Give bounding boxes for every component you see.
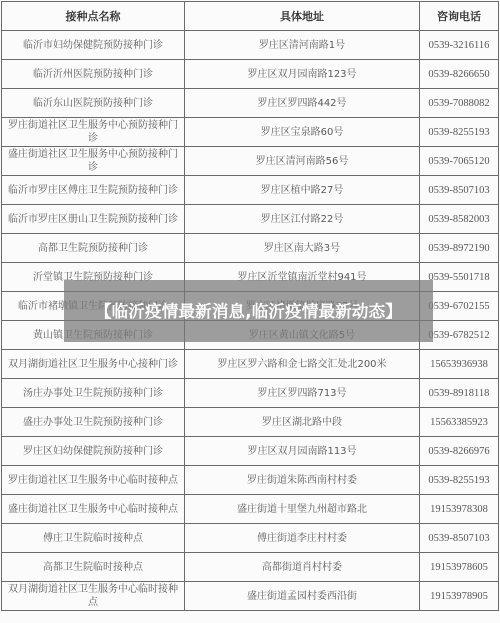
site-name-cell: 临沂沂州医院预防接种门诊: [2, 60, 185, 89]
table-header-row: 接种点名称 具体地址 咨询电话: [2, 2, 499, 31]
address-cell: 罗庄区罗四路713号: [185, 379, 420, 408]
phone-cell: 0539-7065120: [420, 147, 499, 176]
site-name-cell: 罗庄街道社区卫生服务中心临时接种点: [2, 466, 185, 495]
phone-cell: 19153978605: [420, 553, 499, 582]
article-title: 【临沂疫情最新消息,临沂疫情最新动态】: [69, 301, 429, 322]
table-row: 高都卫生院预防接种门诊罗庄区南大路3号0539-8972190: [2, 234, 499, 263]
table-row: 盛庄办事处卫生院预防接种门诊罗庄区湖北路中段15563385923: [2, 408, 499, 437]
site-name-cell: 罗庄街道社区卫生服务中心预防接种门诊: [2, 118, 185, 147]
table-row: 双月湖街道社区卫生服务中心临时接种点盛庄街道孟园村委西沿街19153978905: [2, 582, 499, 611]
address-cell: 高都街道肖村村委: [185, 553, 420, 582]
address-cell: 罗庄区双月园南路113号: [185, 437, 420, 466]
header-address: 具体地址: [185, 2, 420, 31]
address-cell: 傅庄街道李庄村村委: [185, 524, 420, 553]
site-name-cell: 高都卫生院临时接种点: [2, 553, 185, 582]
site-name-cell: 汤庄办事处卫生院预防接种门诊: [2, 379, 185, 408]
table-row: 罗庄区妇幼保健院预防接种门诊罗庄区双月园南路113号0539-8266976: [2, 437, 499, 466]
table-row: 盛庄街道社区卫生服务中心临时接种点盛庄街道十里堡九州超市路北1915397830…: [2, 495, 499, 524]
phone-cell: 0539-8507103: [420, 524, 499, 553]
site-name-cell: 高都卫生院预防接种门诊: [2, 234, 185, 263]
phone-cell: 0539-8582003: [420, 205, 499, 234]
site-name-cell: 盛庄街道社区卫生服务中心预防接种门诊: [2, 147, 185, 176]
address-cell: 罗庄区清河南路1号: [185, 31, 420, 60]
table-row: 临沂市罗庄区傅庄卫生院预防接种门诊罗庄区植中路27号0539-8507103: [2, 176, 499, 205]
table-row: 罗庄街道社区卫生服务中心预防接种门诊罗庄区宝泉路60号0539-8255193: [2, 118, 499, 147]
phone-cell: 0539-3216116: [420, 31, 499, 60]
phone-cell: 0539-8918118: [420, 379, 499, 408]
phone-cell: 19153978308: [420, 495, 499, 524]
phone-cell: 0539-8507103: [420, 176, 499, 205]
table-row: 盛庄街道社区卫生服务中心预防接种门诊罗庄区清河南路56号0539-7065120: [2, 147, 499, 176]
table-row: 汤庄办事处卫生院预防接种门诊罗庄区罗四路713号0539-8918118: [2, 379, 499, 408]
address-cell: 罗庄区双月园南路123号: [185, 60, 420, 89]
phone-cell: 0539-8972190: [420, 234, 499, 263]
address-cell: 罗庄区江付路22号: [185, 205, 420, 234]
address-cell: 罗庄区南大路3号: [185, 234, 420, 263]
site-name-cell: 罗庄区妇幼保健院预防接种门诊: [2, 437, 185, 466]
site-name-cell: 临沂市罗庄区册山卫生院预防接种门诊: [2, 205, 185, 234]
site-name-cell: 盛庄办事处卫生院预防接种门诊: [2, 408, 185, 437]
table-row: 傅庄卫生院临时接种点傅庄街道李庄村村委0539-8507103: [2, 524, 499, 553]
site-name-cell: 临沂市妇幼保健院预防接种门诊: [2, 31, 185, 60]
address-cell: 罗庄区宝泉路60号: [185, 118, 420, 147]
phone-cell: 0539-8255193: [420, 118, 499, 147]
phone-cell: 0539-8266976: [420, 437, 499, 466]
table-row: 高都卫生院临时接种点高都街道肖村村委19153978605: [2, 553, 499, 582]
table-row: 临沂沂州医院预防接种门诊罗庄区双月园南路123号0539-8266650: [2, 60, 499, 89]
header-phone: 咨询电话: [420, 2, 499, 31]
site-name-cell: 临沂市罗庄区傅庄卫生院预防接种门诊: [2, 176, 185, 205]
table-row: 临沂市妇幼保健院预防接种门诊罗庄区清河南路1号0539-3216116: [2, 31, 499, 60]
phone-cell: 0539-8266650: [420, 60, 499, 89]
address-cell: 盛庄街道十里堡九州超市路北: [185, 495, 420, 524]
site-name-cell: 盛庄街道社区卫生服务中心临时接种点: [2, 495, 185, 524]
site-name-cell: 双月湖街道社区卫生服务中心临时接种点: [2, 582, 185, 611]
site-name-cell: 双月湖街道社区卫生服务中心接种门诊: [2, 350, 185, 379]
site-name-cell: 傅庄卫生院临时接种点: [2, 524, 185, 553]
phone-cell: 0539-8255193: [420, 466, 499, 495]
address-cell: 盛庄街道孟园村委西沿街: [185, 582, 420, 611]
table-row: 临沂市罗庄区册山卫生院预防接种门诊罗庄区江付路22号0539-8582003: [2, 205, 499, 234]
address-cell: 罗庄街道朱陈西南村村委: [185, 466, 420, 495]
phone-cell: 0539-7088082: [420, 89, 499, 118]
phone-cell: 19153978905: [420, 582, 499, 611]
address-cell: 罗庄区罗六路和金七路交汇处北200米: [185, 350, 420, 379]
header-site-name: 接种点名称: [2, 2, 185, 31]
address-cell: 罗庄区清河南路56号: [185, 147, 420, 176]
phone-cell: 15563385923: [420, 408, 499, 437]
document-page: 接种点名称 具体地址 咨询电话 临沂市妇幼保健院预防接种门诊罗庄区清河南路1号0…: [0, 0, 500, 623]
title-overlay-banner: 【临沂疫情最新消息,临沂疫情最新动态】: [64, 280, 433, 342]
table-row: 双月湖街道社区卫生服务中心接种门诊罗庄区罗六路和金七路交汇处北200米15653…: [2, 350, 499, 379]
table-row: 罗庄街道社区卫生服务中心临时接种点罗庄街道朱陈西南村村委0539-8255193: [2, 466, 499, 495]
address-cell: 罗庄区植中路27号: [185, 176, 420, 205]
address-cell: 罗庄区湖北路中段: [185, 408, 420, 437]
table-row: 临沂东山医院预防接种门诊罗庄区罗四路442号0539-7088082: [2, 89, 499, 118]
address-cell: 罗庄区罗四路442号: [185, 89, 420, 118]
phone-cell: 15653936938: [420, 350, 499, 379]
site-name-cell: 临沂东山医院预防接种门诊: [2, 89, 185, 118]
